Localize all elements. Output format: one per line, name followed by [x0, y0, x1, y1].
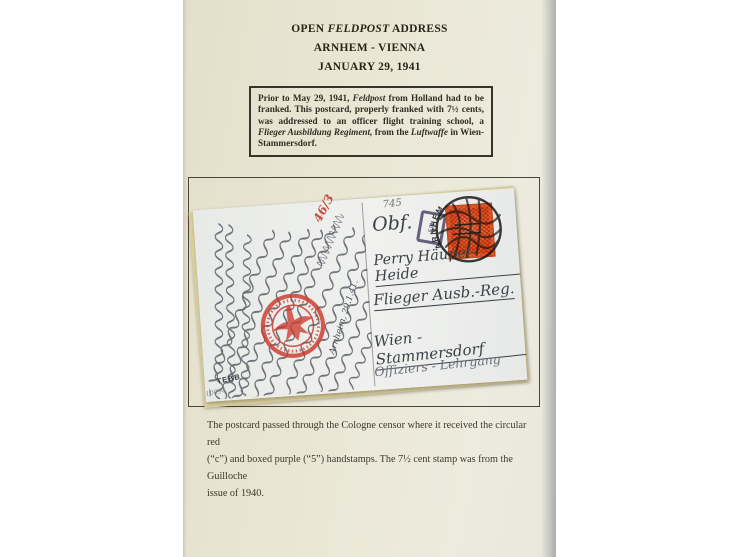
- title-line-3: JANUARY 29, 1941: [183, 58, 556, 77]
- intro-regiment: Flieger Ausbildung Regiment,: [258, 127, 372, 137]
- caption-line-3: issue of 1940.: [207, 485, 539, 502]
- album-page-photo: OPEN FELDPOST ADDRESS ARNHEM - VIENNA JA…: [183, 0, 556, 557]
- description-box: Prior to May 29, 1941, Feldpost from Hol…: [249, 86, 493, 157]
- intro-text: from the: [372, 127, 411, 137]
- pencil-number: 745: [382, 198, 402, 211]
- title-line-2: ARNHEM - VIENNA: [183, 39, 556, 58]
- title-open: OPEN: [291, 23, 327, 35]
- postcard: 745 46/3 5 ARNHEM: [193, 188, 528, 402]
- exhibit-title: OPEN FELDPOST ADDRESS ARNHEM - VIENNA JA…: [183, 20, 556, 77]
- intro-text: Prior to May 29, 1941,: [258, 93, 353, 103]
- caption-text: The postcard passed through the Cologne …: [207, 417, 539, 502]
- caption-line-1: The postcard passed through the Cologne …: [207, 417, 539, 451]
- title-feldpost: FELDPOST: [328, 23, 390, 35]
- postcard-frame: 745 46/3 5 ARNHEM: [188, 177, 540, 407]
- intro-feldpost: Feldpost: [353, 93, 386, 103]
- title-line-1: OPEN FELDPOST ADDRESS: [183, 20, 556, 39]
- caption-line-2: (“c”) and boxed purple (“5”) handstamps.…: [207, 451, 539, 485]
- intro-luftwaffe: Luftwaffe: [411, 127, 448, 137]
- title-address: ADDRESS: [389, 23, 447, 35]
- address-rank: Obf.: [371, 211, 413, 236]
